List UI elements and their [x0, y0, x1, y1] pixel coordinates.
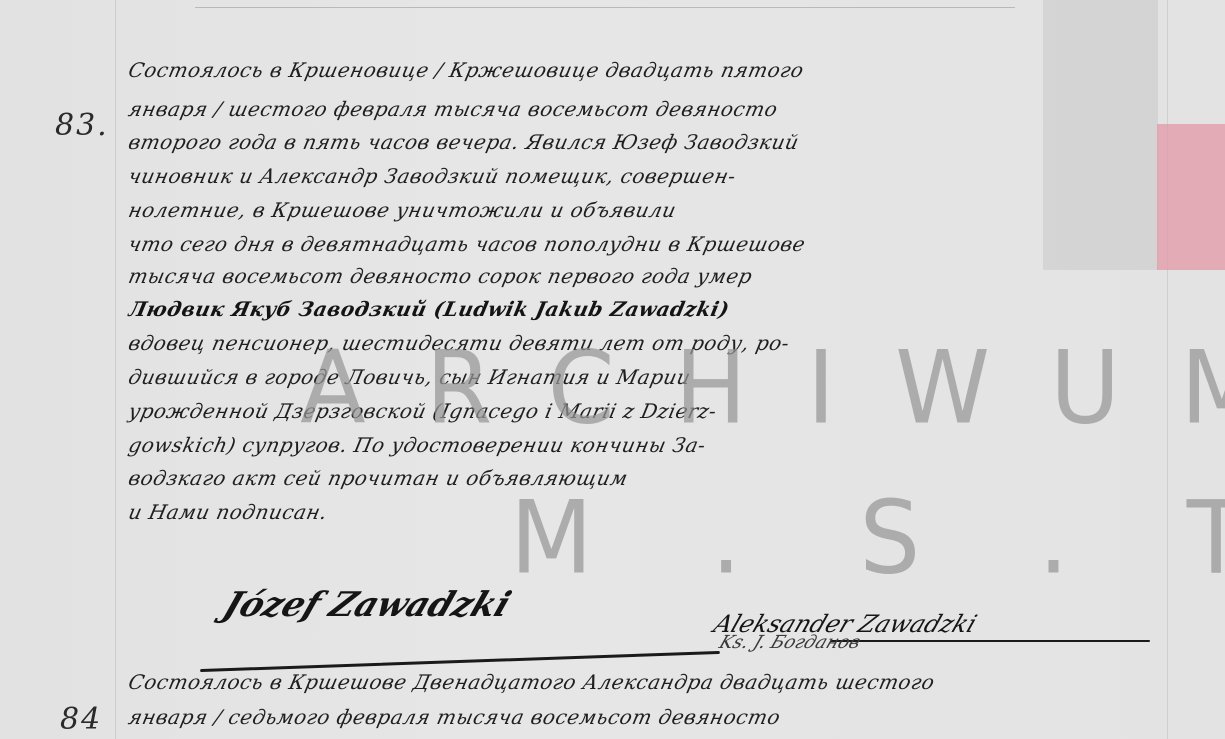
entry-83-line-3: второго года в пять часов вечера. Явился… — [125, 130, 1171, 160]
left-margin-rule — [115, 0, 116, 739]
entry-83-line-5: нолетние, в Кршешове уничтожили и объяви… — [125, 198, 1171, 228]
entry-83-line-4: чиновник и Александр Заводзкий помещик, … — [125, 164, 1171, 194]
signature-flourish-line — [200, 651, 720, 672]
signature-jozef-zawadzki: Józef Zawadzki — [218, 585, 516, 625]
entry-83-line-8: Людвик Якуб Заводзкий (Ludwik Jakub Zawa… — [125, 297, 1171, 327]
entry-83-line-1: Состоялось в Кршеновице / Кржешовице два… — [125, 58, 1171, 88]
entry-83-line-7: тысяча восемьсот девяносто сорок первого… — [125, 264, 1171, 294]
signature-priest: Ks. J. Богданов — [716, 632, 864, 653]
scanned-document-page: 83. Состоялось в Кршеновице / Кржешовице… — [0, 0, 1225, 739]
entry-84-line-2: января / седьмого февраля тысяча восемьс… — [125, 705, 1171, 735]
entry-83-line-2: января / шестого февраля тысяча восемьсо… — [125, 97, 1171, 127]
entry-number-83: 83. — [55, 108, 109, 143]
signature-underline — [830, 640, 1150, 642]
entry-83-line-6: что сего дня в девятнадцать часов пополу… — [125, 232, 1171, 262]
entry-84-line-1: Состоялось в Кршешове Двенадцатого Алекс… — [125, 670, 1171, 700]
entry-number-84: 84 — [60, 702, 102, 737]
watermark-archiwum: ARCHIWUM — [300, 338, 1225, 439]
watermark-mstw: M.S.T.W — [510, 488, 1225, 589]
top-ruled-line — [195, 7, 1015, 8]
